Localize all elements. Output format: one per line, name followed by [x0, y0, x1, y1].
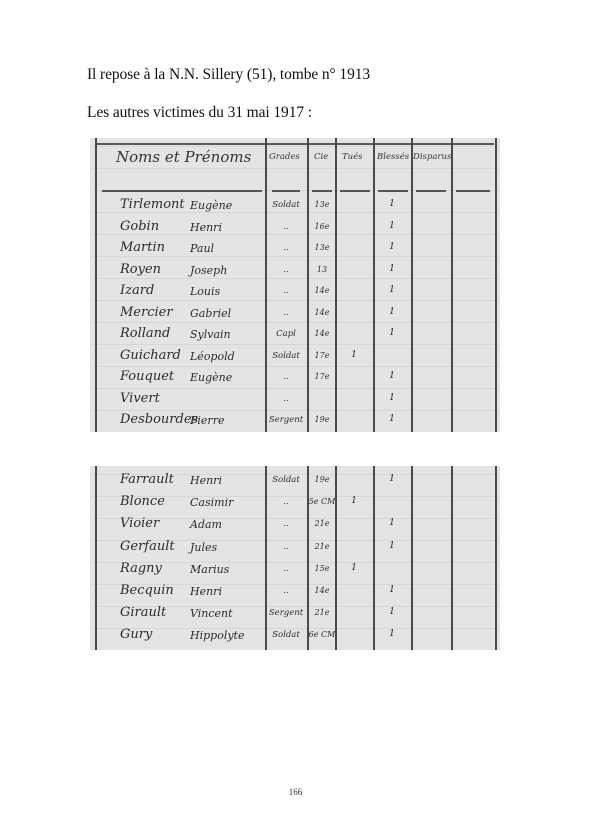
surname-cell: Gobin [120, 219, 159, 234]
surname-cell: Martin [120, 240, 165, 255]
surname-cell: Farrault [120, 472, 174, 487]
surname-cell: Vioier [120, 516, 159, 531]
register-row: GuryHippolyteSoldat6e CM1 [90, 625, 500, 646]
given-name-cell: Jules [190, 541, 217, 554]
given-name-cell: Paul [190, 242, 214, 255]
header-missing: Disparus [413, 152, 451, 162]
register-top-border [96, 143, 494, 145]
surname-cell: Guichard [120, 348, 181, 363]
surname-cell: Ragny [120, 561, 162, 576]
grade-cell: Capl [266, 329, 306, 339]
page-number: 166 [0, 787, 591, 797]
register-row: MercierGabriel..14e1 [90, 303, 500, 324]
grade-cell: Soldat [266, 351, 306, 361]
header-unit: Cie [314, 152, 328, 162]
unit-cell: 6e CM [308, 630, 336, 639]
register-row: BlonceCasimir..5e CM1 [90, 492, 500, 513]
wounded-cell: 1 [374, 541, 410, 551]
unit-cell: 5e CM [308, 497, 336, 506]
unit-cell: 14e [308, 308, 336, 317]
wounded-cell: 1 [374, 629, 410, 639]
surname-cell: Desbourdes [120, 412, 198, 427]
register-row: GobinHenri..16e1 [90, 217, 500, 238]
grade-cell: .. [266, 497, 306, 507]
given-name-cell: Hippolyte [190, 629, 244, 642]
unit-cell: 14e [308, 586, 336, 595]
surname-cell: Royen [120, 262, 161, 277]
unit-cell: 21e [308, 542, 336, 551]
header-names: Noms et Prénoms [116, 148, 251, 166]
wounded-cell: 1 [374, 393, 410, 403]
unit-cell: 15e [308, 564, 336, 573]
grade-cell: Soldat [266, 630, 306, 640]
killed-cell: 1 [336, 496, 372, 506]
header-underline [102, 190, 262, 192]
register-row: Vivert..1 [90, 389, 500, 410]
wounded-cell: 1 [374, 199, 410, 209]
wounded-cell: 1 [374, 307, 410, 317]
grade-cell: .. [266, 586, 306, 596]
register-scan-top: Noms et Prénoms Grades Cie Tués Blessés … [90, 138, 500, 432]
other-victims-heading: Les autres victimes du 31 mai 1917 : [87, 104, 312, 122]
grade-cell: .. [266, 372, 306, 382]
wounded-cell: 1 [374, 371, 410, 381]
surname-cell: Gury [120, 627, 152, 642]
register-row: IzardLouis..14e1 [90, 281, 500, 302]
unit-cell: 14e [308, 286, 336, 295]
surname-cell: Vivert [120, 391, 160, 406]
given-name-cell: Gabriel [190, 307, 231, 320]
surname-cell: Girault [120, 605, 166, 620]
given-name-cell: Eugène [190, 371, 232, 384]
grade-cell: .. [266, 308, 306, 318]
burial-location-text: Il repose à la N.N. Sillery (51), tombe … [87, 66, 370, 84]
unit-cell: 14e [308, 329, 336, 338]
surname-cell: Becquin [120, 583, 174, 598]
header-underline [416, 190, 446, 192]
grade-cell: .. [266, 542, 306, 552]
grade-cell: .. [266, 286, 306, 296]
header-underline [378, 190, 408, 192]
register-row: GiraultVincentSergent21e1 [90, 603, 500, 624]
given-name-cell: Louis [190, 285, 220, 298]
surname-cell: Gerfault [120, 539, 175, 554]
given-name-cell: Marius [190, 563, 229, 576]
unit-cell: 21e [308, 519, 336, 528]
surname-cell: Izard [120, 283, 154, 298]
register-row: MartinPaul..13e1 [90, 238, 500, 259]
grade-cell: Sergent [266, 608, 306, 618]
unit-cell: 13e [308, 200, 336, 209]
killed-cell: 1 [336, 563, 372, 573]
wounded-cell: 1 [374, 585, 410, 595]
given-name-cell: Joseph [190, 264, 227, 277]
grade-cell: .. [266, 222, 306, 232]
grade-cell: .. [266, 265, 306, 275]
unit-cell: 17e [308, 351, 336, 360]
header-killed: Tués [342, 152, 363, 162]
grade-cell: Soldat [266, 200, 306, 210]
register-row: FouquetEugène..17e1 [90, 367, 500, 388]
surname-cell: Rolland [120, 326, 170, 341]
wounded-cell: 1 [374, 328, 410, 338]
register-row: GuichardLéopoldSoldat17e1 [90, 346, 500, 367]
given-name-cell: Léopold [190, 350, 235, 363]
register-scan-bottom: FarraultHenriSoldat19e1BlonceCasimir..5e… [90, 466, 500, 650]
header-wounded: Blessés [377, 152, 409, 162]
grade-cell: .. [266, 564, 306, 574]
grade-cell: Soldat [266, 475, 306, 485]
given-name-cell: Pierre [190, 414, 224, 427]
unit-cell: 21e [308, 608, 336, 617]
given-name-cell: Vincent [190, 607, 233, 620]
wounded-cell: 1 [374, 221, 410, 231]
grade-cell: .. [266, 243, 306, 253]
header-underline [456, 190, 490, 192]
unit-cell: 16e [308, 222, 336, 231]
header-underline [312, 190, 332, 192]
wounded-cell: 1 [374, 607, 410, 617]
register-row: DesbourdesPierreSergent19e1 [90, 410, 500, 431]
killed-cell: 1 [336, 350, 372, 360]
register-row: FarraultHenriSoldat19e1 [90, 470, 500, 491]
header-grade: Grades [269, 152, 300, 162]
wounded-cell: 1 [374, 518, 410, 528]
grade-cell: Sergent [266, 415, 306, 425]
given-name-cell: Henri [190, 474, 222, 487]
given-name-cell: Henri [190, 221, 222, 234]
header-underline [340, 190, 370, 192]
grade-cell: .. [266, 519, 306, 529]
unit-cell: 19e [308, 415, 336, 424]
given-name-cell: Henri [190, 585, 222, 598]
register-row: RollandSylvainCapl14e1 [90, 324, 500, 345]
given-name-cell: Sylvain [190, 328, 231, 341]
wounded-cell: 1 [374, 242, 410, 252]
unit-cell: 13e [308, 243, 336, 252]
register-row: BecquinHenri..14e1 [90, 581, 500, 602]
surname-cell: Mercier [120, 305, 173, 320]
surname-cell: Tirlemont [120, 197, 185, 212]
register-row: RoyenJoseph..131 [90, 260, 500, 281]
unit-cell: 13 [308, 265, 336, 274]
given-name-cell: Eugène [190, 199, 232, 212]
surname-cell: Blonce [120, 494, 165, 509]
register-row: TirlemontEugèneSoldat13e1 [90, 195, 500, 216]
wounded-cell: 1 [374, 414, 410, 424]
wounded-cell: 1 [374, 264, 410, 274]
header-underline [272, 190, 300, 192]
surname-cell: Fouquet [120, 369, 174, 384]
register-row: RagnyMarius..15e1 [90, 559, 500, 580]
given-name-cell: Adam [190, 518, 222, 531]
register-row: GerfaultJules..21e1 [90, 537, 500, 558]
wounded-cell: 1 [374, 474, 410, 484]
grade-cell: .. [266, 394, 306, 404]
unit-cell: 17e [308, 372, 336, 381]
register-row: VioierAdam..21e1 [90, 514, 500, 535]
given-name-cell: Casimir [190, 496, 233, 509]
wounded-cell: 1 [374, 285, 410, 295]
unit-cell: 19e [308, 475, 336, 484]
